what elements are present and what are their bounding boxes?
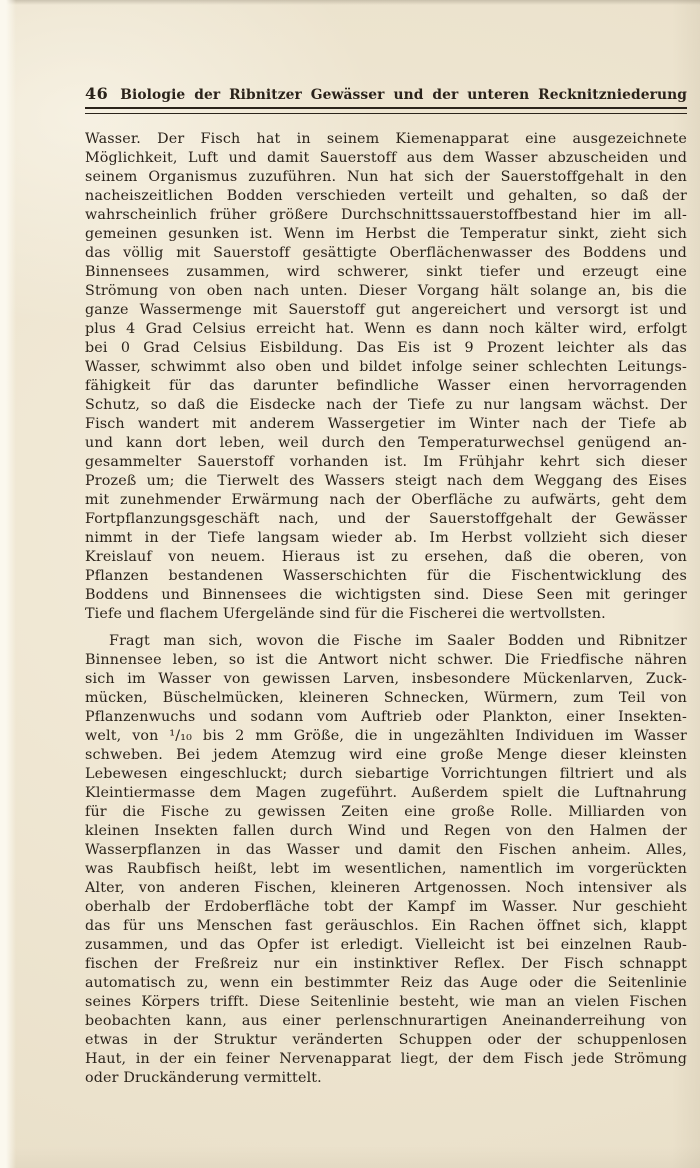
text-line: bei 0 Grad Celsius Eisbildung. Das Eis i… xyxy=(85,339,687,358)
text-line: für die Fische zu gewissen Zeiten eine g… xyxy=(85,803,687,822)
text-line: Binnensees zusammen, wird schwerer, sink… xyxy=(85,263,687,282)
paragraph: Wasser. Der Fisch hat in seinem Kiemenap… xyxy=(85,130,687,624)
text-line: gesammelter Sauerstoff vorhanden ist. Im… xyxy=(85,453,687,472)
running-header: 46 Biologie der Ribnitzer Gewässer und d… xyxy=(85,84,687,114)
text-line: seinem Organismus zuzuführen. Nun hat si… xyxy=(85,168,687,187)
text-line: Kleintiermasse dem Magen zugeführt. Auße… xyxy=(85,784,687,803)
text-line: mit zunehmender Erwärmung nach der Oberf… xyxy=(85,491,687,510)
text-line: etwas in der Struktur veränderten Schupp… xyxy=(85,1031,687,1050)
text-line: Strömung von oben nach unten. Dieser Vor… xyxy=(85,282,687,301)
text-line: Boddens und Binnensees die wichtigsten s… xyxy=(85,586,687,605)
text-line: und kann dort leben, weil durch den Temp… xyxy=(85,434,687,453)
text-line: automatisch zu, wenn ein bestimmter Reiz… xyxy=(85,974,687,993)
text-line: Fisch wandert mit anderem Wassergetier i… xyxy=(85,415,687,434)
text-line: das völlig mit Sauerstoff gesättigte Obe… xyxy=(85,244,687,263)
text-line: Prozeß um; die Tierwelt des Wassers stei… xyxy=(85,472,687,491)
text-line: ganze Wassermenge mit Sauerstoff gut ang… xyxy=(85,301,687,320)
text-line: nacheiszeitlichen Bodden verschieden ver… xyxy=(85,187,687,206)
text-line: Pflanzenwuchs und sodann vom Auftrieb od… xyxy=(85,708,687,727)
text-line: kleinen Insekten fallen durch Wind und R… xyxy=(85,822,687,841)
scanned-book-page: 46 Biologie der Ribnitzer Gewässer und d… xyxy=(0,0,700,1168)
text-line: Fragt man sich, wovon die Fische im Saal… xyxy=(85,632,687,651)
text-line: zusammen, und das Opfer ist erledigt. Vi… xyxy=(85,936,687,955)
text-line: seines Körpers trifft. Diese Seitenlinie… xyxy=(85,993,687,1012)
text-line: Kreislauf von neuem. Hieraus ist zu erse… xyxy=(85,548,687,567)
text-line: welt, von ¹/₁₀ bis 2 mm Größe, die in un… xyxy=(85,727,687,746)
text-line: Haut, in der ein feiner Nervenapparat li… xyxy=(85,1050,687,1069)
text-line: beobachten kann, aus einer perlenschnura… xyxy=(85,1012,687,1031)
text-line: oberhalb der Erdoberfläche tobt der Kamp… xyxy=(85,898,687,917)
page-number: 46 xyxy=(85,84,108,103)
text-line: das für uns Menschen fast geräuschlos. E… xyxy=(85,917,687,936)
text-line: Pflanzen bestandenen Wasserschichten für… xyxy=(85,567,687,586)
text-block: Wasser. Der Fisch hat in seinem Kiemenap… xyxy=(85,130,687,1088)
text-line: Tiefe und flachem Ufergelände sind für d… xyxy=(85,605,687,624)
running-title: Biologie der Ribnitzer Gewässer und der … xyxy=(120,87,687,103)
header-double-rule xyxy=(85,107,687,114)
text-line: mücken, Büschelmücken, kleineren Schneck… xyxy=(85,689,687,708)
text-line: fischen der Freßreiz nur ein instinktive… xyxy=(85,955,687,974)
text-line: Wasser, schwimmt also oben und bildet in… xyxy=(85,358,687,377)
text-line: oder Druckänderung vermittelt. xyxy=(85,1069,687,1088)
paragraph: Fragt man sich, wovon die Fische im Saal… xyxy=(85,632,687,1088)
text-line: Wasserpflanzen in das Wasser und damit d… xyxy=(85,841,687,860)
text-line: Möglichkeit, Luft und damit Sauerstoff a… xyxy=(85,149,687,168)
text-line: fähigkeit für das darunter befindliche W… xyxy=(85,377,687,396)
header-row: 46 Biologie der Ribnitzer Gewässer und d… xyxy=(85,84,687,103)
text-line: plus 4 Grad Celsius erreicht hat. Wenn e… xyxy=(85,320,687,339)
text-line: nimmt in der Tiefe langsam wieder ab. Im… xyxy=(85,529,687,548)
text-line: schweben. Bei jedem Atemzug wird eine gr… xyxy=(85,746,687,765)
text-line: Wasser. Der Fisch hat in seinem Kiemenap… xyxy=(85,130,687,149)
text-line: Schutz, so daß die Eisdecke nach der Tie… xyxy=(85,396,687,415)
text-line: Fortpflanzungsgeschäft nach, und der Sau… xyxy=(85,510,687,529)
text-line: Alter, von anderen Fischen, kleineren Ar… xyxy=(85,879,687,898)
text-line: Binnensee leben, so ist die Antwort nich… xyxy=(85,651,687,670)
text-line: Lebewesen eingeschluckt; durch siebartig… xyxy=(85,765,687,784)
text-line: wahrscheinlich früher größere Durchschni… xyxy=(85,206,687,225)
text-line: was Raubfisch heißt, lebt im wesentliche… xyxy=(85,860,687,879)
text-line: sich im Wasser von gewissen Larven, insb… xyxy=(85,670,687,689)
text-line: gemeinen gesunken ist. Wenn im Herbst di… xyxy=(85,225,687,244)
